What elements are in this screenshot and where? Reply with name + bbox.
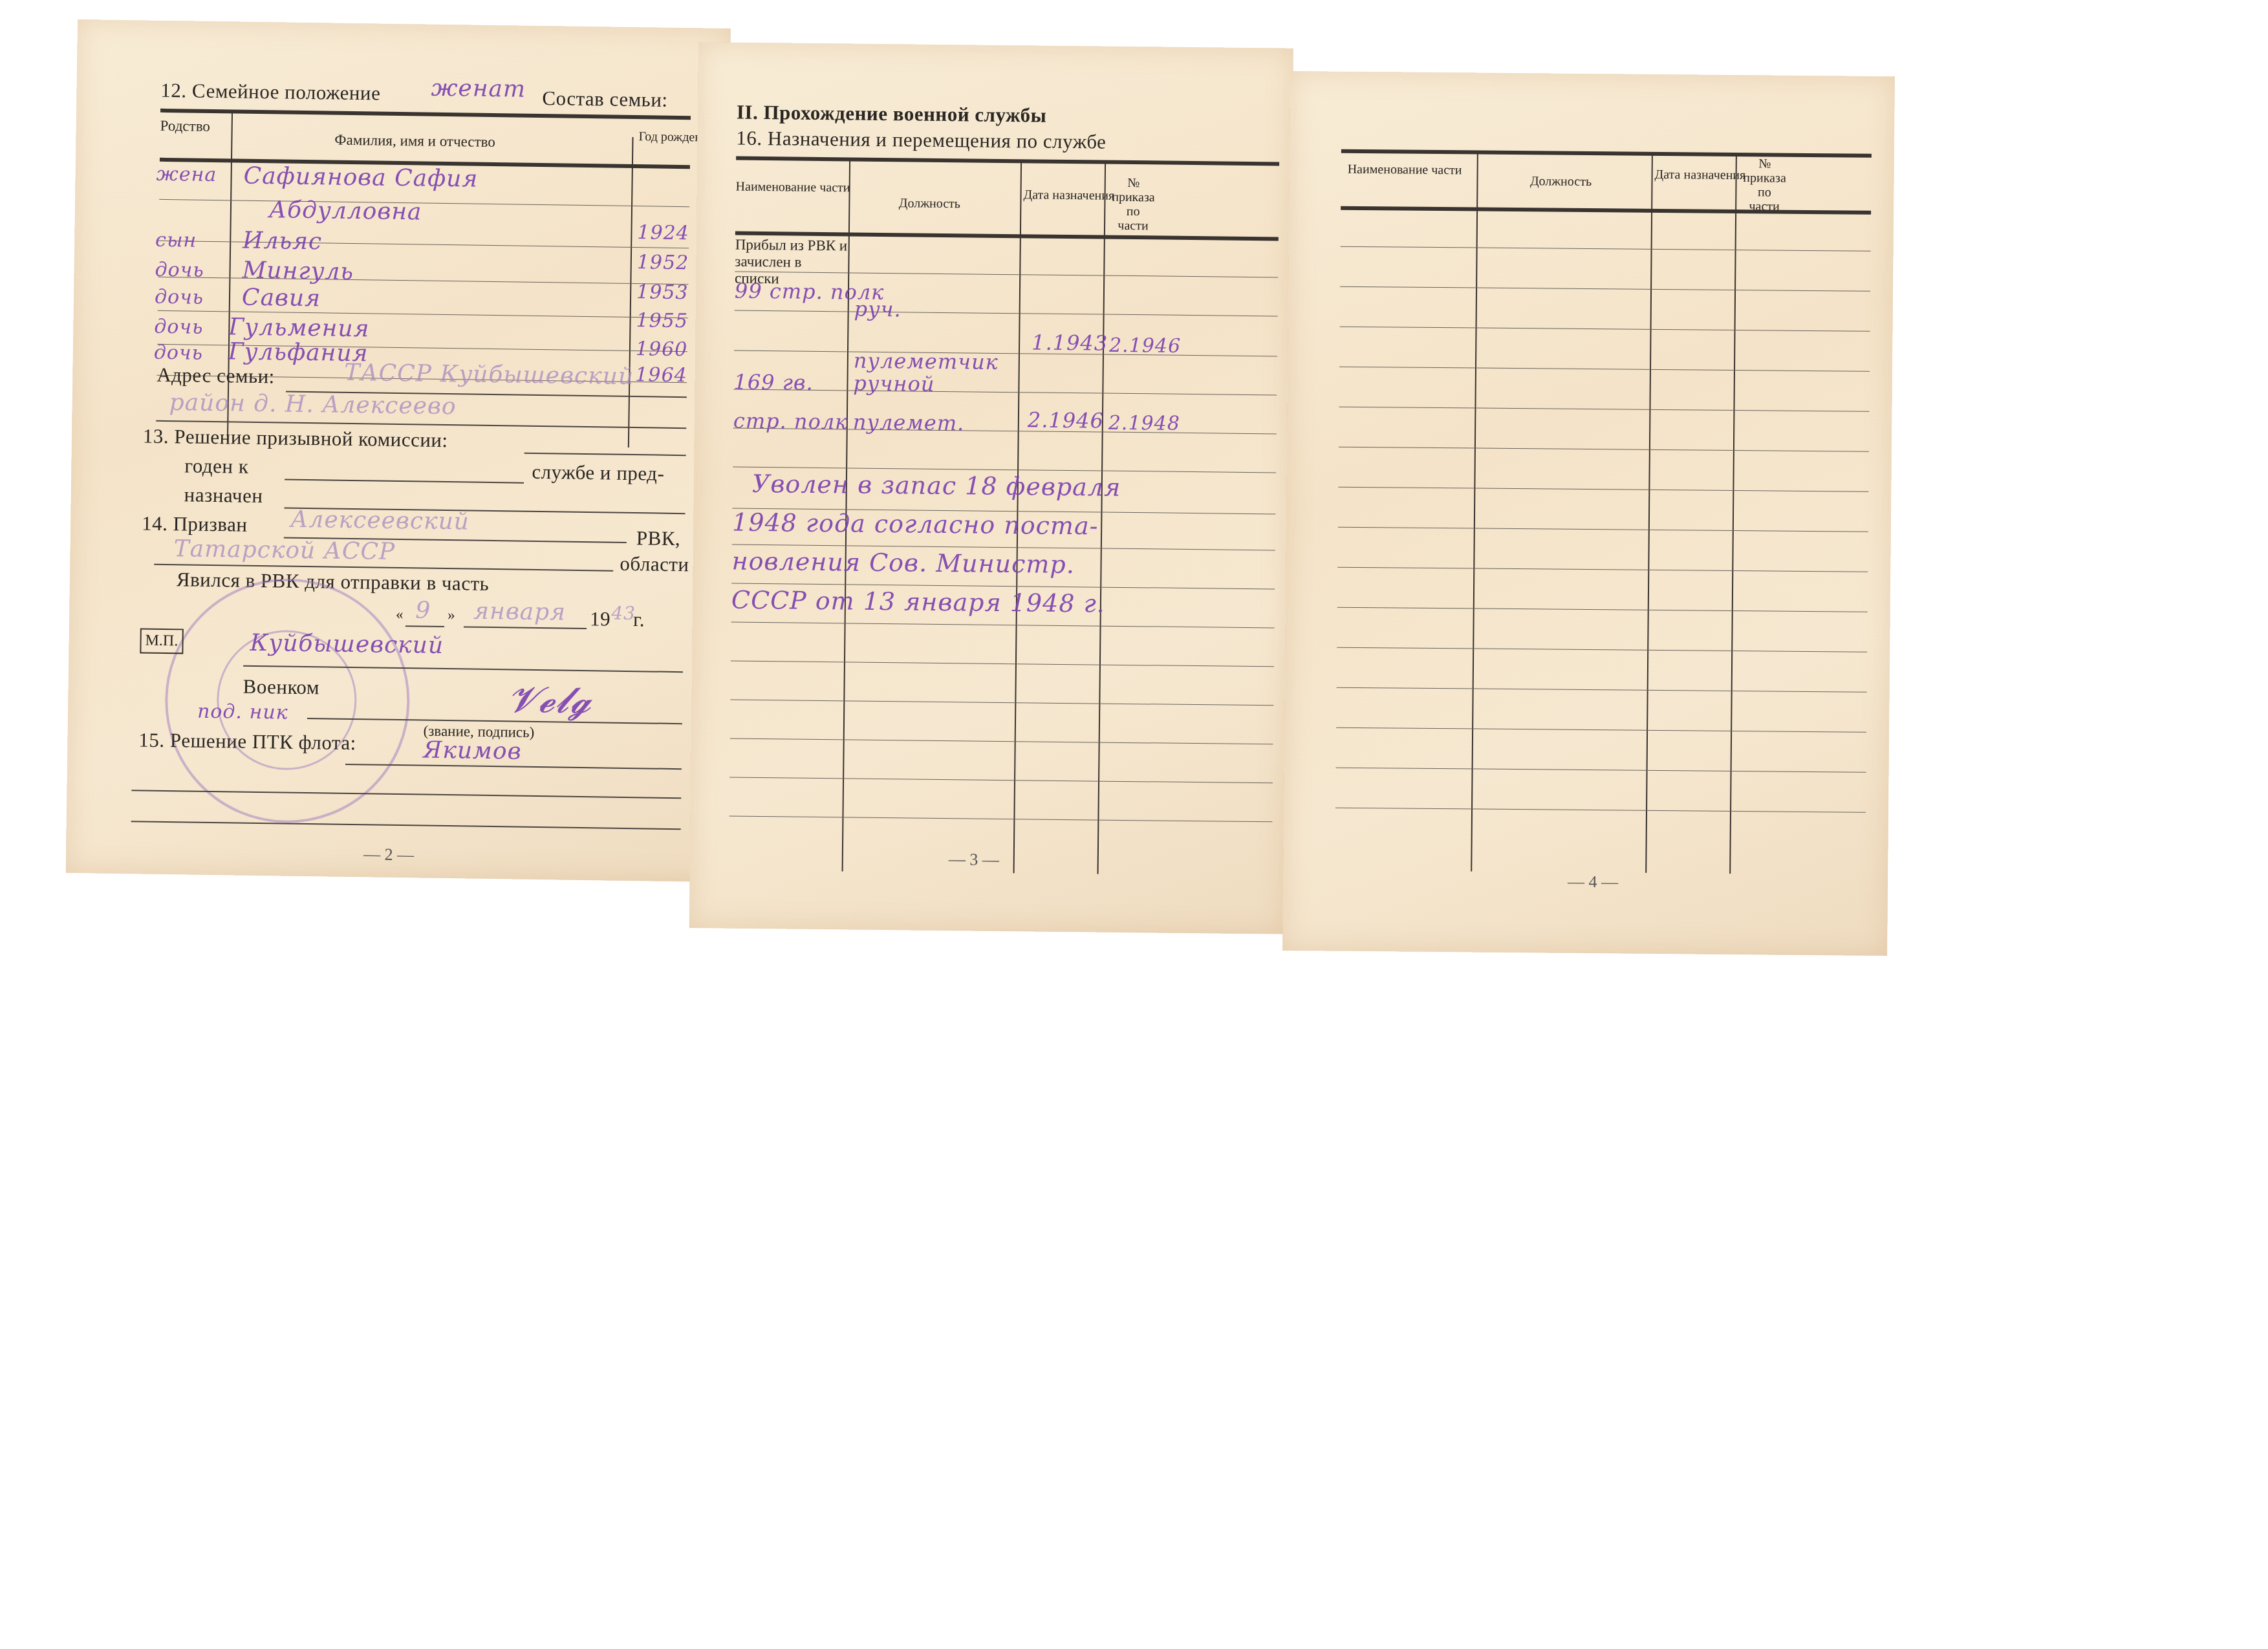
family-address-line2: район д. Н. Алексеево — [169, 389, 456, 420]
region-suffix: области — [620, 552, 689, 576]
page-2: 12. Семейное положение женат Состав семь… — [66, 19, 731, 882]
service-entry: 169 гв. стр. полк ручной пулемет. 2.1946… — [698, 42, 1293, 48]
entry-unit: 169 гв. стр. полк — [733, 363, 850, 442]
family-status-label: 12. Семейное положение — [160, 79, 380, 105]
family-row: сын Ильяс 1952 г. — [78, 19, 731, 28]
family-status-value: женат — [431, 75, 526, 103]
page-4: Наименование части Должность Дата назнач… — [1282, 71, 1895, 956]
reported-year-suffix: 43 — [611, 603, 636, 625]
col-name-header: Фамилия, имя и отчество — [334, 132, 495, 151]
seal-place-label: М.П. — [140, 628, 183, 654]
family-composition-label: Состав семьи: — [542, 87, 668, 112]
entry-date: 2.1946 — [1028, 407, 1104, 433]
voenkom-label: Военком — [243, 675, 319, 700]
signature-scribble: 𝓥𝓮𝓵𝓰 — [508, 678, 592, 722]
col-position-header: Должность — [1483, 174, 1638, 189]
drafted-label: 14. Призван — [142, 512, 248, 536]
family-row: жена Сафиянова Сафия — [78, 19, 731, 28]
discharge-note-line: Уволен в запас 18 февраля — [752, 469, 1121, 502]
discharge-note-line: 1948 года согласно поста- — [732, 508, 1099, 541]
discharge-note-line: новления Сов. Министр. — [731, 547, 1075, 579]
col-divider — [628, 137, 634, 447]
col-relation-header: Родство — [160, 118, 211, 135]
family-row: дочь Гульмения 1960 г. — [78, 19, 731, 28]
page-number: — 2 — — [363, 845, 414, 865]
family-address-line1: ТАССР Куйбышевский — [344, 360, 634, 390]
reported-year-prefix: 19 — [590, 607, 610, 630]
reported-year-g: г. — [633, 608, 645, 631]
page-number: — 4 — — [1568, 872, 1618, 892]
discharge-note-line: СССР от 13 января 1948 г. — [731, 586, 1105, 618]
assignments-label: 16. Назначения и перемещения по службе — [736, 127, 1106, 154]
col-date-header: Дата назначения — [1023, 188, 1101, 202]
reported-month: января — [473, 598, 566, 626]
col-unit-header: Наименование части — [1348, 162, 1451, 177]
drafted-rvk-value: Алексеевский — [290, 506, 470, 535]
service-entry: 99 стр. полк руч. пулеметчик 1.1943 2.19… — [698, 42, 1293, 48]
fit-for-label: годен к — [184, 454, 248, 478]
page-3: II. Прохождение военной службы 16. Назна… — [689, 42, 1293, 934]
family-row: дочь Савия 1955 г. — [78, 19, 731, 28]
page-number: — 3 — — [949, 850, 999, 870]
col-unit-header: Наименование части — [736, 180, 833, 195]
family-row: Абдулловна 1924 г. — [78, 19, 731, 28]
entry-position: ручной пулемет. — [853, 364, 1015, 444]
family-address-label: Адрес семьи: — [157, 363, 275, 389]
family-row: дочь Гульфания 1964 — [78, 19, 731, 28]
col-position-header: Должность — [852, 196, 1007, 212]
commissariat-name: Куйбышевский — [250, 630, 444, 659]
family-row: дочь Мингуль 1953 г. — [78, 19, 731, 28]
voenkom-rank: под. ник — [197, 700, 288, 724]
entry-order: 2.1946 — [1109, 334, 1181, 358]
fit-for-suffix: службе и пред- — [532, 460, 665, 486]
section-title: II. Прохождение военной службы — [737, 101, 1047, 127]
signature-name: Якимов — [423, 737, 522, 765]
col-order-header: № приказа по части — [1110, 176, 1156, 233]
col-year-header: Год рожден. — [638, 129, 690, 144]
fleet-decision-label: 15. Решение ПТК флота: — [138, 728, 356, 755]
drafted-region-value: Татарской АССР — [173, 535, 395, 565]
col-order-header: № приказа по части — [1742, 156, 1787, 214]
reported-day: 9 — [415, 597, 431, 623]
entry-date: 1.1943 — [1031, 330, 1108, 355]
col-date-header: Дата назначения — [1655, 167, 1733, 182]
conscription-decision-label: 13. Решение призывной комиссии: — [143, 424, 448, 452]
assigned-label: назначен — [184, 483, 263, 508]
entry-order: 2.1948 — [1108, 412, 1180, 435]
rvk-suffix: РВК, — [636, 526, 681, 550]
